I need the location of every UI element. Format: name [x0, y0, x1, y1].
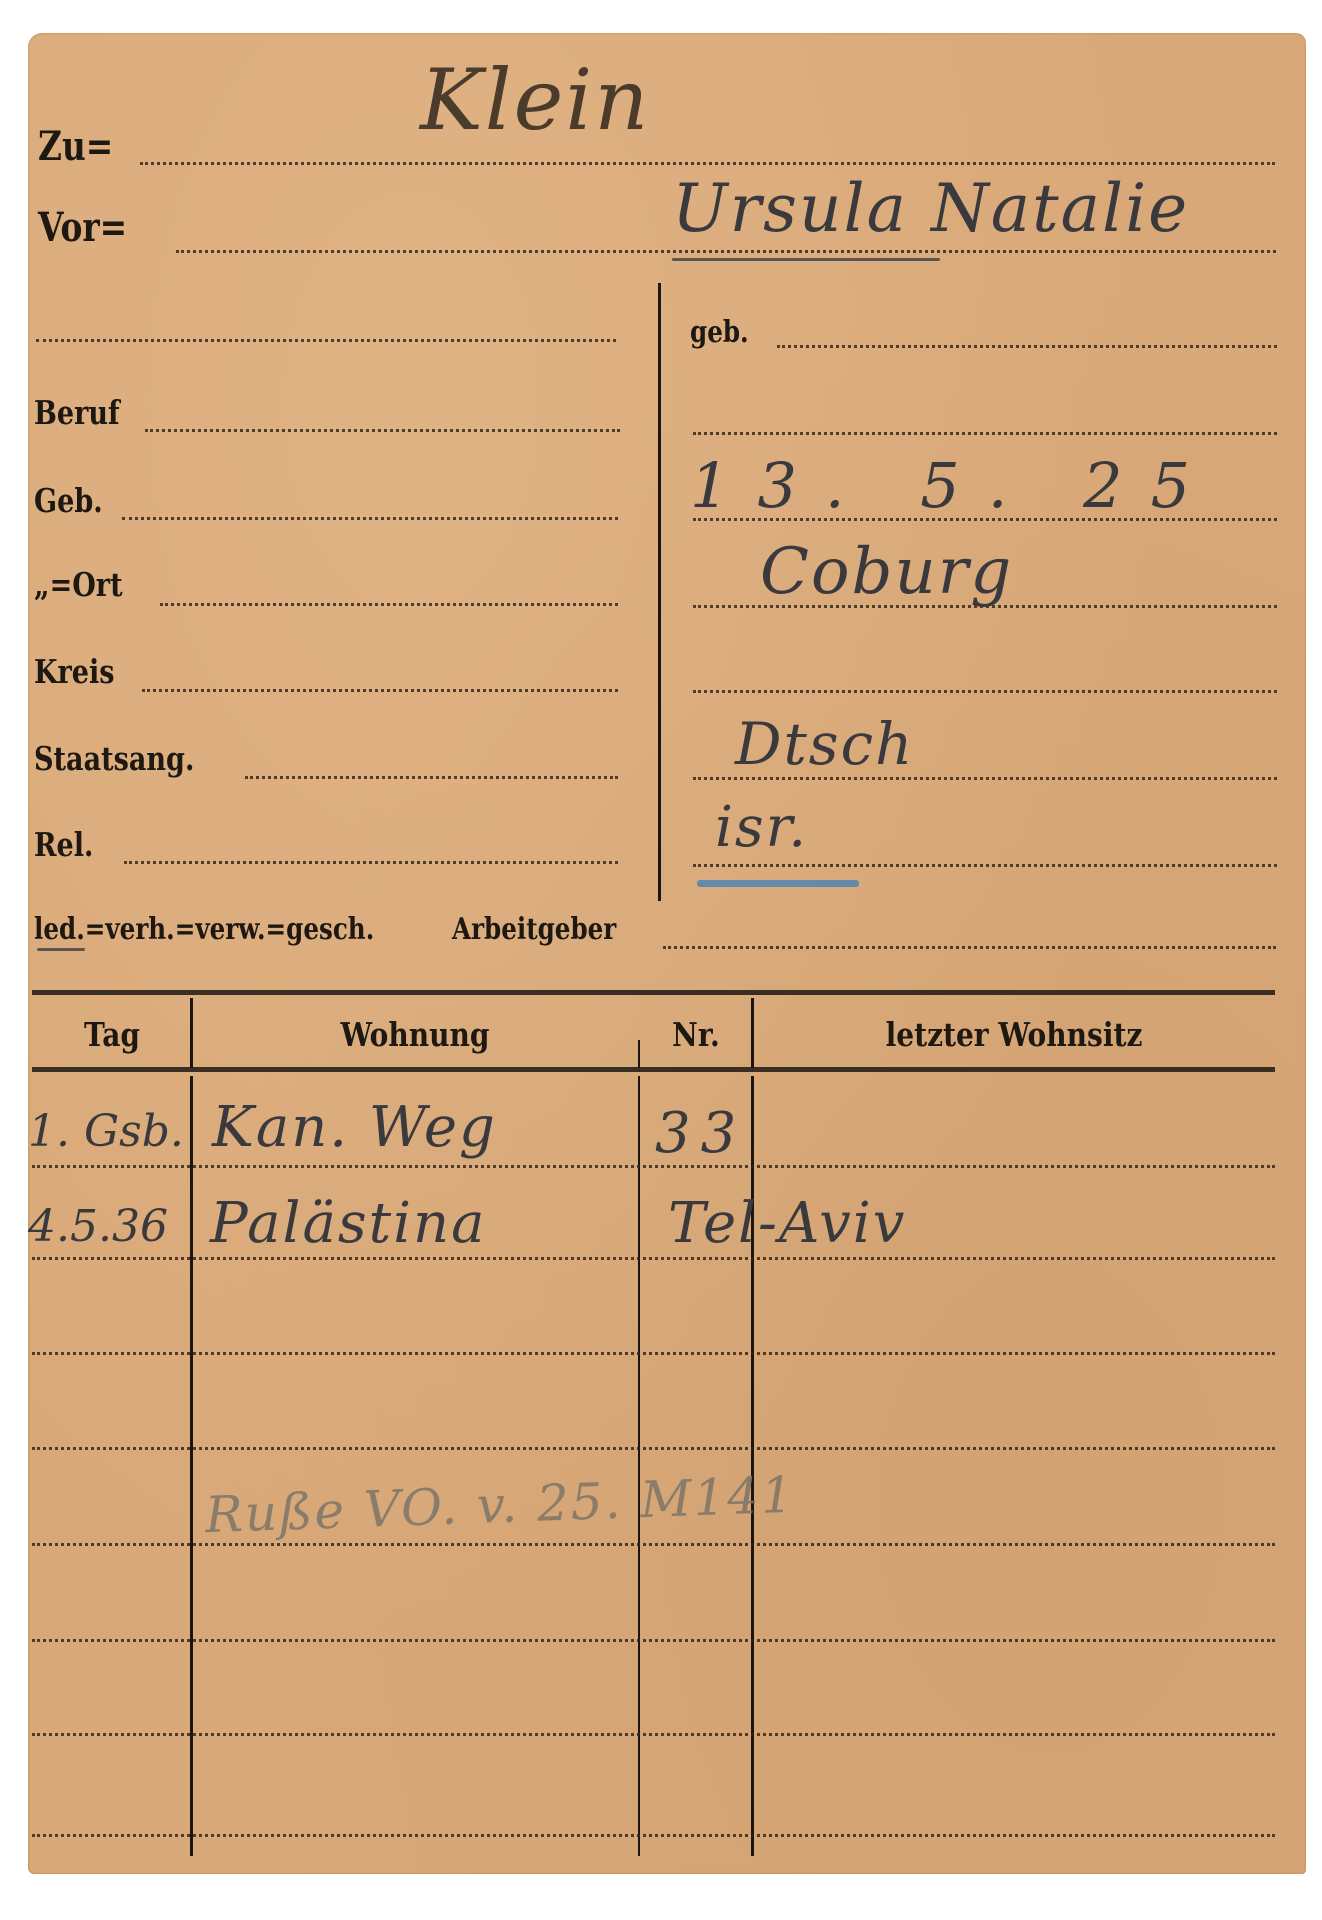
row-line-2 [32, 1257, 1275, 1260]
employer-label: Arbeitgeber [452, 915, 616, 945]
birth-date-value: 13. 5. 25 [690, 455, 1218, 517]
citizenship-value: Dtsch [735, 715, 914, 773]
employer-line [663, 946, 1276, 949]
row-line-4 [32, 1447, 1275, 1450]
row2-wohnung: Palästina [210, 1196, 486, 1252]
given-name-line [176, 250, 1276, 253]
birth-date-line [122, 517, 618, 520]
header-tag: Tag [44, 1018, 180, 1051]
occupation-label: Beruf [34, 396, 120, 429]
row2-nr: Tel-Aviv [668, 1196, 906, 1252]
occupation-line [145, 429, 620, 432]
religion-line [124, 861, 618, 864]
religion-blue-underline [697, 880, 859, 887]
given-name-value: Ursula Natalie [672, 176, 1189, 242]
col-divider-tag [190, 998, 193, 1068]
spouse-born-label: geb. [690, 318, 749, 348]
col-divider-wohnung-body [638, 1076, 640, 1856]
surname-label: Zu= [38, 127, 113, 167]
col-divider-tag-body [190, 1076, 193, 1856]
row-line-6 [32, 1639, 1275, 1642]
surname-value: Klein [420, 58, 650, 142]
header-letzter-wohnsitz: letzter Wohnsitz [792, 1018, 1236, 1051]
citizenship-line [245, 776, 618, 779]
col-divider-nr [751, 998, 754, 1068]
birth-place-value: Coburg [760, 540, 1013, 604]
religion-label: Rel. [34, 828, 93, 861]
header-wohnung: Wohnung [225, 1018, 604, 1051]
right-line-5 [693, 690, 1277, 693]
row-line-7 [32, 1733, 1275, 1736]
registration-card [28, 33, 1306, 1874]
spouse-born-line [777, 345, 1277, 348]
section-divider [658, 283, 661, 901]
row-line-8 [32, 1834, 1275, 1837]
district-line [142, 689, 618, 692]
right-line-2 [693, 432, 1277, 435]
birth-date-label: Geb. [34, 484, 103, 517]
row2-tag: 4.5.36 [28, 1205, 168, 1249]
row-line-3 [32, 1352, 1275, 1355]
birth-place-label: „=Ort [34, 568, 123, 601]
blank-line [36, 339, 616, 342]
right-line-7 [693, 864, 1277, 867]
row1-wohnung: Kan. Weg [212, 1100, 497, 1156]
given-name-label: Vor= [38, 208, 127, 248]
birth-place-line [160, 603, 618, 606]
marital-status-underline [37, 948, 85, 951]
header-nr: Nr. [648, 1018, 743, 1051]
table-header-rule [32, 1067, 1275, 1072]
citizenship-label: Staatsang. [34, 742, 194, 775]
row-line-1 [32, 1165, 1275, 1168]
given-name-underline [672, 258, 940, 261]
row1-tag: 1. Gsb. [28, 1110, 184, 1154]
marital-status-label: led.=verh.=verw.=gesch. [34, 915, 374, 945]
religion-value: isr. [715, 800, 808, 856]
col-divider-wohnung-header [638, 1040, 640, 1068]
district-label: Kreis [34, 655, 115, 688]
surname-line [140, 162, 1275, 165]
row1-nr: 33 [655, 1106, 746, 1162]
table-top-rule [32, 990, 1275, 995]
